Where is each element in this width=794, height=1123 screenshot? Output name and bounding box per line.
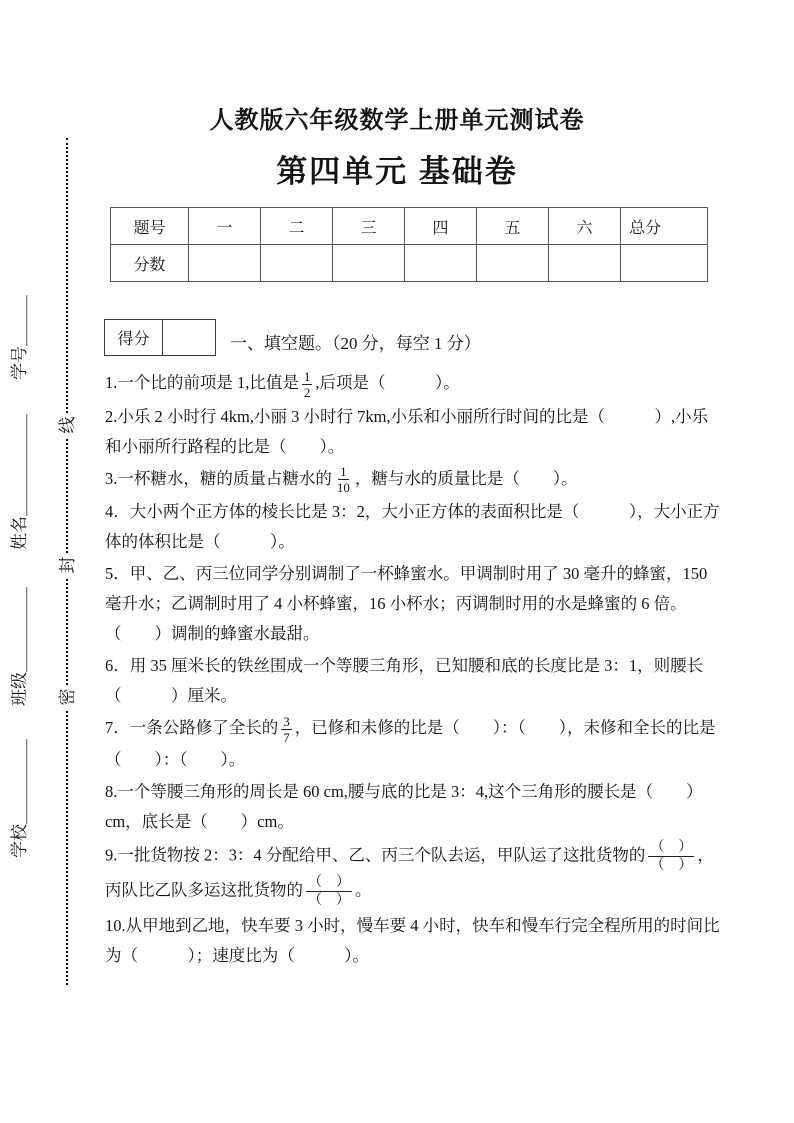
col-1-header: 一 (189, 208, 261, 245)
blank-fraction-1: （ ）（ ） (648, 839, 694, 874)
question-8-text: 8.一个等腰三角形的周长是 60 cm,腰与底的比是 3：4,这个三角形的腰长是… (105, 782, 703, 831)
seal-char-feng: 封 (56, 553, 80, 577)
blank-fraction-2: （ ）（ ） (306, 874, 352, 909)
seal-char-xian: 线 (56, 413, 80, 437)
seal-char-mi: 密 (56, 685, 80, 709)
score-row-label: 分数 (111, 245, 189, 282)
class-blank-label: 班级＿＿＿＿＿ (9, 587, 31, 706)
score-table-value-row: 分数 (111, 245, 708, 282)
question-1: 1.一个比的前项是 1,比值是12,后项是（ ）。 (105, 368, 720, 400)
score-summary-table: 题号 一 二 三 四 五 六 总分 分数 (110, 207, 708, 282)
question-2: 2.小乐 2 小时行 4km,小丽 3 小时行 7km,小乐和小丽所行时间的比是… (105, 402, 720, 462)
question-9: 9.一批货物按 2：3：4 分配给甲、乙、丙三个队去运，甲队运了这批货物的（ ）… (105, 839, 720, 909)
question-number-header: 题号 (111, 208, 189, 245)
question-3-text-cont: ，糖与水的质量比是（ ）。 (355, 469, 578, 488)
question-7-text: 7．一条公路修了全长的 (105, 718, 278, 737)
question-6: 6．用 35 厘米长的铁丝围成一个等腰三角形，已知腰和底的长度比是 3：1，则腰… (105, 651, 720, 711)
score-cell-total (621, 245, 708, 282)
name-blank-label: 姓名＿＿＿＿＿＿ (9, 414, 31, 550)
score-cell-5 (477, 245, 549, 282)
question-9-text: 9.一批货物按 2：3：4 分配给甲、乙、丙三个队去运，甲队运了这批货物的 (105, 845, 645, 864)
question-8: 8.一个等腰三角形的周长是 60 cm,腰与底的比是 3：4,这个三角形的腰长是… (105, 777, 720, 837)
question-3-text: 3.一杯糖水，糖的质量占糖水的 (105, 469, 332, 488)
question-4: 4．大小两个正方体的棱长比是 3：2，大小正方体的表面积比是（ ），大小正方体的… (105, 497, 720, 557)
question-10: 10.从甲地到乙地，快车要 3 小时，慢车要 4 小时，快车和慢车行完全程所用的… (105, 911, 720, 971)
question-1-text-cont: ,后项是（ ）。 (315, 373, 459, 392)
score-cell-3 (333, 245, 405, 282)
col-3-header: 三 (333, 208, 405, 245)
question-3: 3.一杯糖水，糖的质量占糖水的110，糖与水的质量比是（ ）。 (105, 464, 720, 496)
score-table-header-row: 题号 一 二 三 四 五 六 总分 (111, 208, 708, 245)
paper-subtitle: 第四单元 基础卷 (0, 146, 794, 191)
score-cell-6 (549, 245, 621, 282)
score-cell-2 (261, 245, 333, 282)
total-score-header: 总分 (621, 208, 708, 245)
question-9-text-end: 。 (355, 880, 372, 899)
question-5-text: 5．甲、乙、丙三位同学分别调制了一杯蜂蜜水。甲调制时用了 30 毫升的蜂蜜，15… (105, 564, 707, 643)
question-1-text: 1.一个比的前项是 1,比值是 (105, 373, 299, 392)
fraction-three-sevenths: 37 (281, 714, 292, 745)
col-6-header: 六 (549, 208, 621, 245)
score-cell-4 (405, 245, 477, 282)
col-5-header: 五 (477, 208, 549, 245)
test-paper-page: 线 封 密 学号＿＿＿ 姓名＿＿＿＿＿＿ 班级＿＿＿＿＿ 学校＿＿＿＿＿ 人教版… (0, 0, 794, 1123)
question-10-text: 10.从甲地到乙地，快车要 3 小时，慢车要 4 小时，快车和慢车行完全程所用的… (105, 916, 720, 965)
section-score-box: 得分 (104, 319, 216, 356)
section-1-heading: 一、填空题。（20 分，每空 1 分） (230, 329, 481, 354)
fraction-one-half: 12 (302, 369, 313, 400)
score-cell-1 (189, 245, 261, 282)
question-5: 5．甲、乙、丙三位同学分别调制了一杯蜂蜜水。甲调制时用了 30 毫升的蜂蜜，15… (105, 559, 720, 649)
fraction-one-tenth: 110 (335, 464, 352, 495)
col-4-header: 四 (405, 208, 477, 245)
score-box-label: 得分 (105, 320, 163, 355)
student-id-blank-label: 学号＿＿＿ (9, 295, 31, 380)
paper-title: 人教版六年级数学上册单元测试卷 (0, 100, 794, 135)
question-2-text: 2.小乐 2 小时行 4km,小丽 3 小时行 7km,小乐和小丽所行时间的比是… (105, 407, 708, 456)
score-box-value (163, 320, 215, 355)
question-7: 7．一条公路修了全长的37，已修和未修的比是（ ）：（ ），未修和全长的比是（ … (105, 713, 720, 775)
question-6-text: 6．用 35 厘米长的铁丝围成一个等腰三角形，已知腰和底的长度比是 3：1，则腰… (105, 656, 703, 705)
question-4-text: 4．大小两个正方体的棱长比是 3：2，大小正方体的表面积比是（ ），大小正方体的… (105, 502, 720, 551)
fill-in-blank-questions: 1.一个比的前项是 1,比值是12,后项是（ ）。 2.小乐 2 小时行 4km… (105, 368, 720, 973)
school-blank-label: 学校＿＿＿＿＿ (9, 739, 31, 858)
col-2-header: 二 (261, 208, 333, 245)
